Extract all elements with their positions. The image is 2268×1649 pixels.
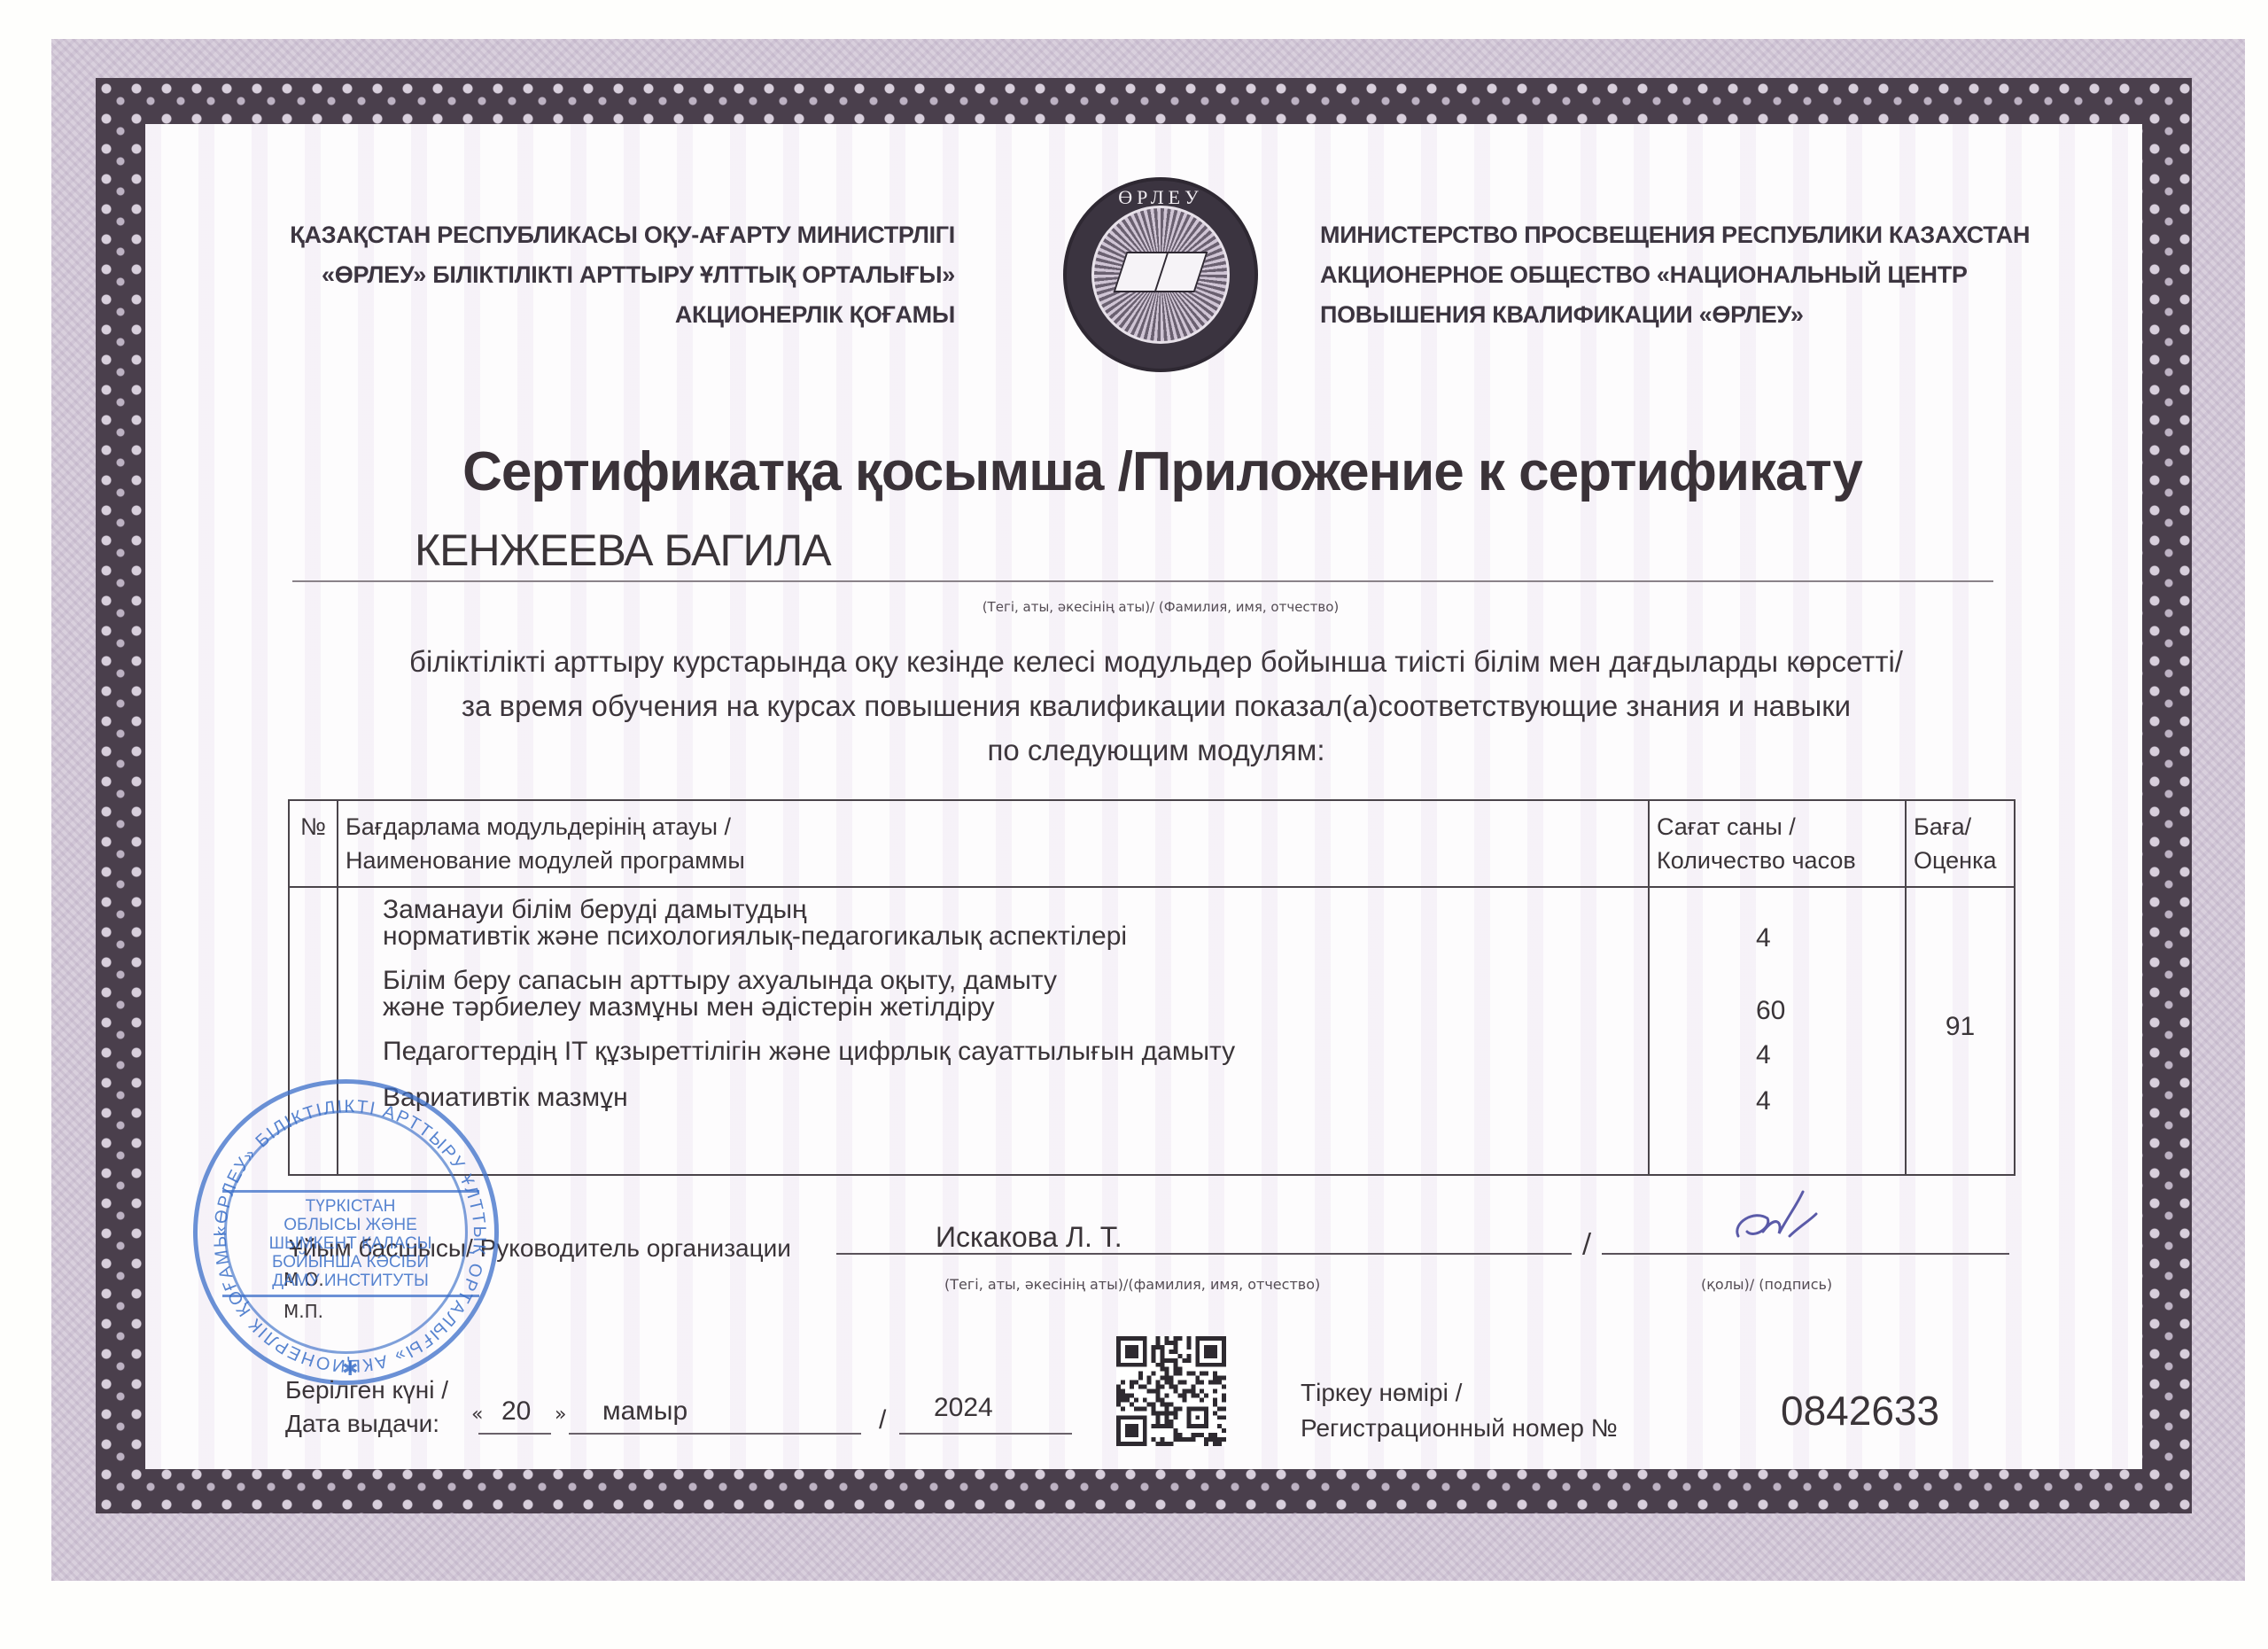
modules-cell: Заманауи білім беруді дамытудың норматив… <box>338 887 1649 1175</box>
header-line: Наименование модулей программы <box>346 844 1641 877</box>
header-line: Бағдарлама модульдерінің атауы / <box>346 810 1641 844</box>
handwritten-signature-icon <box>1728 1187 1825 1249</box>
separator-slash: / <box>1582 1228 1591 1259</box>
module-hours: 60 <box>1756 996 1785 1026</box>
table-row: Заманауи білім беруді дамытудың норматив… <box>289 887 2015 1175</box>
stamp-divider <box>222 1295 479 1297</box>
module-name-line: Вариативтік мазмұн <box>383 1085 1648 1111</box>
day-underline <box>478 1433 551 1435</box>
header-kz-line: «ӨРЛЕУ» БІЛІКТІЛІКТІ АРТТЫРУ ҰЛТТЫҚ ОРТА… <box>282 255 955 295</box>
official-stamp: «ӨРЛЕУ» БІЛІКТІЛІКТІ АРТТЫРУ ҰЛТТЫҚ ОРТА… <box>193 1079 499 1385</box>
module-hours: 4 <box>1756 1086 1771 1116</box>
intro-line: за время обучения на курсах повышения кв… <box>337 684 1976 728</box>
modules-table: № Бағдарлама модульдерінің атауы / Наиме… <box>288 799 2016 1176</box>
module-item: Вариативтік мазмұн <box>383 1085 1648 1111</box>
name-underline <box>292 580 1993 582</box>
header-line: Сағат саны / <box>1657 810 1898 844</box>
grade-cell: 91 <box>1906 887 2015 1175</box>
registration-label-ru: Регистрационный номер № <box>1301 1411 1618 1446</box>
recipient-name: КЕНЖЕЕВА БАГИЛА <box>415 525 831 576</box>
header-line: Количество часов <box>1657 844 1898 877</box>
document-title: Сертификатқа қосымша /Приложение к серти… <box>330 440 1995 503</box>
intro-text: біліктілікті арттыру курстарында оқу кез… <box>337 640 1976 773</box>
stamp-line: ОБЛЫСЫ ЖӘНЕ <box>260 1216 441 1234</box>
header-hours: Сағат саны / Количество часов <box>1649 800 1906 887</box>
module-name-line: Білім беру сапасын арттыру ахуалында оқы… <box>383 968 1648 994</box>
header-kz-line: ҚАЗАҚСТАН РЕСПУБЛИКАСЫ ОҚУ-АҒАРТУ МИНИСТ… <box>282 215 955 255</box>
header-line: Оценка <box>1914 844 2007 877</box>
header-ru-line: ПОВЫШЕНИЯ КВАЛИФИКАЦИИ «ӨРЛЕУ» <box>1320 295 2047 335</box>
stamp-line: ШЫМКЕНТ ҚАЛАСЫ <box>260 1234 441 1253</box>
module-name-line: Педагогтердің IT құзыреттілігін және циф… <box>383 1038 1648 1065</box>
head-name-underline <box>836 1253 1572 1255</box>
signature-caption: (қолы)/ (подпись) <box>1701 1276 1832 1293</box>
module-hours: 4 <box>1756 1040 1771 1070</box>
head-name-caption: (Тегі, аты, әкесінің аты)/(фамилия, имя,… <box>944 1276 1320 1293</box>
registration-label-kz: Тіркеу нөмірі / <box>1301 1375 1618 1411</box>
module-name-line: нормативтік және психологиялық-педагогик… <box>383 923 1648 950</box>
name-caption: (Тегі, аты, әкесінің аты)/ (Фамилия, имя… <box>328 599 1993 615</box>
header-issuer-ru: МИНИСТЕРСТВО ПРОСВЕЩЕНИЯ РЕСПУБЛИКИ КАЗА… <box>1320 215 2047 335</box>
month-underline <box>569 1433 861 1435</box>
module-name-line: және тәрбиелеу мазмұны мен әдістерін жет… <box>383 994 1648 1021</box>
qr-code-icon[interactable] <box>1116 1336 1226 1446</box>
header-line: Баға/ <box>1914 810 2007 844</box>
registration-number: 0842633 <box>1781 1387 1939 1435</box>
module-hours: 4 <box>1756 923 1771 953</box>
header-grade: Баға/ Оценка <box>1906 800 2015 887</box>
stamp-line: БОЙЫНША КӘСІБИ <box>260 1253 441 1272</box>
stamp-line: ДАМУ ИНСТИТУТЫ <box>260 1272 441 1290</box>
intro-line: біліктілікті арттыру курстарында оқу кез… <box>337 640 1976 684</box>
issue-month: мамыр <box>602 1396 687 1427</box>
header-no: № <box>289 800 338 887</box>
issue-date-label-ru: Дата выдачи: <box>285 1407 448 1441</box>
stamp-center-text: ТҮРКІСТАН ОБЛЫСЫ ЖӘНЕ ШЫМКЕНТ ҚАЛАСЫ БОЙ… <box>260 1197 441 1290</box>
header-issuer-kz: ҚАЗАҚСТАН РЕСПУБЛИКАСЫ ОҚУ-АҒАРТУ МИНИСТ… <box>282 215 955 335</box>
issue-year: 2024 <box>934 1393 993 1423</box>
stamp-line: ТҮРКІСТАН <box>260 1197 441 1216</box>
issue-date-label-kz: Берілген күні / <box>285 1373 448 1407</box>
open-book-icon <box>1114 252 1208 292</box>
orleu-logo: ӨРЛЕУ <box>1063 177 1258 372</box>
header-module-name: Бағдарлама модульдерінің атауы / Наимено… <box>338 800 1649 887</box>
module-name-line: Заманауи білім беруді дамытудың <box>383 897 1648 923</box>
header-ru-line: АКЦИОНЕРНОЕ ОБЩЕСТВО «НАЦИОНАЛЬНЫЙ ЦЕНТР <box>1320 255 2047 295</box>
open-quote: « <box>471 1404 483 1426</box>
module-item: Білім беру сапасын арттыру ахуалында оқы… <box>383 968 1648 1021</box>
intro-line: по следующим модулям: <box>337 728 1976 773</box>
header-kz-line: АКЦИОНЕРЛІК ҚОҒАМЫ <box>282 295 955 335</box>
registration-label: Тіркеу нөмірі / Регистрационный номер № <box>1301 1375 1618 1446</box>
close-quote: » <box>555 1404 566 1426</box>
header-ru-line: МИНИСТЕРСТВО ПРОСВЕЩЕНИЯ РЕСПУБЛИКИ КАЗА… <box>1320 215 2047 255</box>
signature-underline <box>1602 1253 2009 1255</box>
issue-day: 20 <box>501 1396 531 1427</box>
grade-value: 91 <box>1907 1012 2014 1042</box>
module-item: Заманауи білім беруді дамытудың норматив… <box>383 897 1648 950</box>
stamp-divider <box>222 1190 479 1193</box>
head-name: Искакова Л. Т. <box>936 1221 1122 1254</box>
year-underline <box>899 1433 1072 1435</box>
table-header-row: № Бағдарлама модульдерінің атауы / Наиме… <box>289 800 2015 887</box>
date-slash: / <box>879 1405 886 1435</box>
module-item: Педагогтердің IT құзыреттілігін және циф… <box>383 1038 1648 1065</box>
issue-date-label: Берілген күні / Дата выдачи: <box>285 1373 448 1441</box>
hours-cell: 4 60 4 4 <box>1649 887 1906 1175</box>
